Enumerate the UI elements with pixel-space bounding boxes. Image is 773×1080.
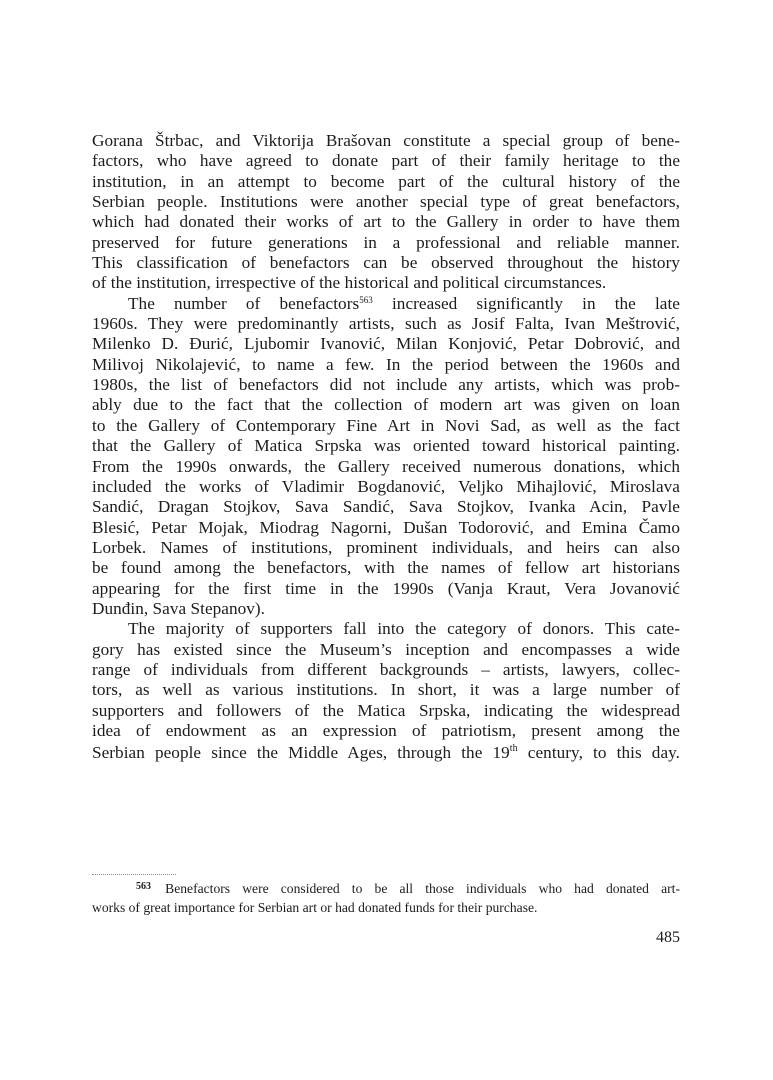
- footnote-text: Benefactors were considered to be all th…: [165, 881, 680, 896]
- text-line: idea of endowment as an expression of pa…: [92, 721, 680, 741]
- page-number: 485: [600, 929, 680, 947]
- footnote-number: 563: [136, 881, 151, 892]
- text-line: Gorana Štrbac, and Viktorija Brašovan co…: [92, 131, 680, 151]
- text-line: Milivoj Nikolajević, to name a few. In t…: [92, 355, 680, 375]
- text-line: From the 1990s onwards, the Gallery rece…: [92, 457, 680, 477]
- document-page: Gorana Štrbac, and Viktorija Brašovan co…: [0, 0, 773, 1080]
- text-fragment: century, to this day.: [518, 743, 680, 762]
- text-line: preserved for future generations in a pr…: [92, 233, 680, 253]
- text-line: range of individuals from different back…: [92, 660, 680, 680]
- body-text: Gorana Štrbac, and Viktorija Brašovan co…: [92, 131, 680, 764]
- text-line: Lorbek. Names of institutions, prominent…: [92, 538, 680, 558]
- text-line: tors, as well as various institutions. I…: [92, 680, 680, 700]
- text-fragment: The number of benefactors: [128, 294, 359, 313]
- paragraph-1: Gorana Štrbac, and Viktorija Brašovan co…: [92, 131, 680, 294]
- text-line: to the Gallery of Contemporary Fine Art …: [92, 416, 680, 436]
- text-line: This classification of benefactors can b…: [92, 253, 680, 273]
- text-line: of the institution, irrespective of the …: [92, 273, 680, 293]
- text-fragment: Serbian people since the Middle Ages, th…: [92, 743, 510, 762]
- footnote-line: works of great importance for Serbian ar…: [92, 898, 680, 917]
- text-line: appearing for the first time in the 1990…: [92, 579, 680, 599]
- text-fragment: increased significantly in the late: [373, 294, 680, 313]
- footnote-reference[interactable]: 563: [359, 295, 373, 305]
- text-line: 1980s, the list of benefactors did not i…: [92, 375, 680, 395]
- text-line: Serbian people. Institutions were anothe…: [92, 192, 680, 212]
- text-line: be found among the benefactors, with the…: [92, 558, 680, 578]
- text-line: The number of benefactors563 increased s…: [92, 294, 680, 314]
- ordinal-superscript: th: [510, 743, 518, 754]
- text-line: Dunđin, Sava Stepanov).: [92, 599, 680, 619]
- footnotes: 563 Benefactors were considered to be al…: [92, 879, 680, 917]
- text-line: The majority of supporters fall into the…: [92, 619, 680, 639]
- text-line: ably due to the fact that the collection…: [92, 395, 680, 415]
- footnote-line: 563 Benefactors were considered to be al…: [92, 879, 680, 898]
- text-line: gory has existed since the Museum’s ince…: [92, 640, 680, 660]
- text-line: Serbian people since the Middle Ages, th…: [92, 743, 680, 763]
- text-line: 1960s. They were predominantly artists, …: [92, 314, 680, 334]
- paragraph-3: The majority of supporters fall into the…: [92, 619, 680, 763]
- text-line: which had donated their works of art to …: [92, 212, 680, 232]
- text-line: supporters and followers of the Matica S…: [92, 701, 680, 721]
- text-line: Sandić, Dragan Stojkov, Sava Sandić, Sav…: [92, 497, 680, 517]
- text-line: institution, in an attempt to become par…: [92, 172, 680, 192]
- footnote-separator: [92, 874, 176, 875]
- text-line: included the works of Vladimir Bogdanovi…: [92, 477, 680, 497]
- text-line: that the Gallery of Matica Srpska was or…: [92, 436, 680, 456]
- paragraph-2: The number of benefactors563 increased s…: [92, 294, 680, 620]
- text-line: Blesić, Petar Mojak, Miodrag Nagorni, Du…: [92, 518, 680, 538]
- text-line: Milenko D. Đurić, Ljubomir Ivanović, Mil…: [92, 334, 680, 354]
- text-line: factors, who have agreed to donate part …: [92, 151, 680, 171]
